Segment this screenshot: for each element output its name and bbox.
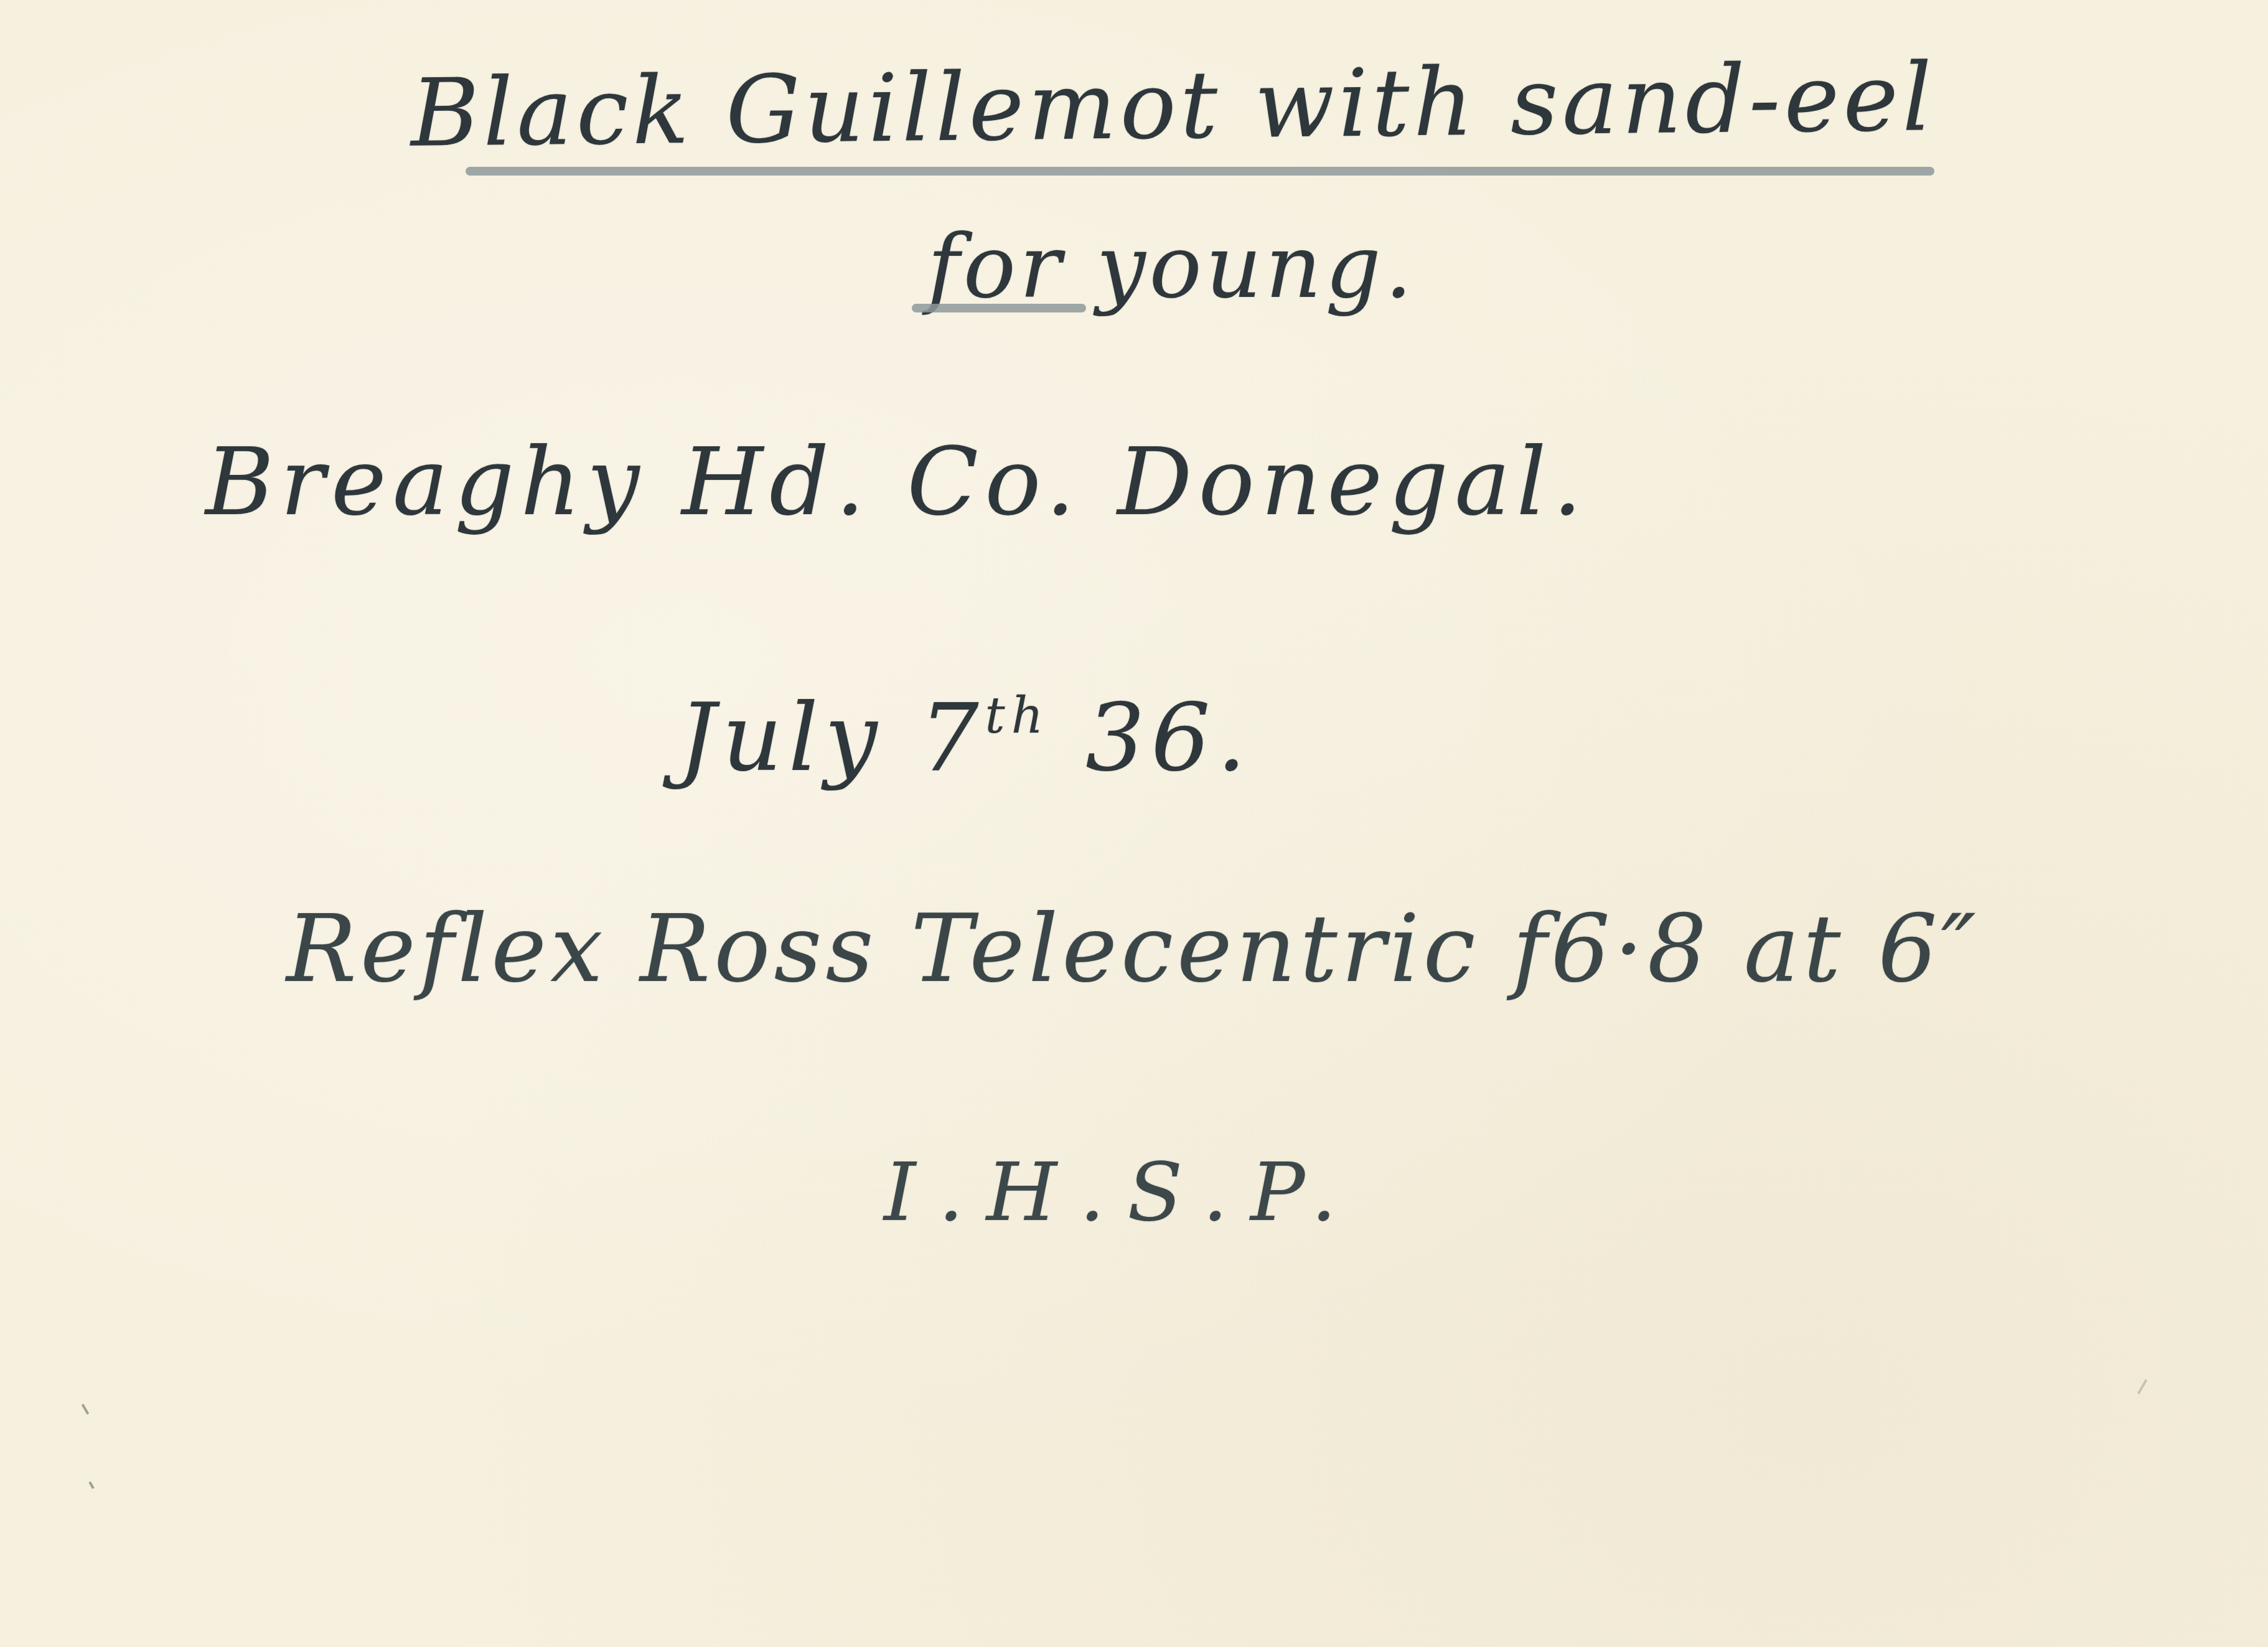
paper-speck <box>2137 1379 2147 1395</box>
note-card: Black Guillemot with sand-eel for young.… <box>0 0 2268 1647</box>
date-year: 36. <box>1049 684 1252 792</box>
subtitle-line: for young. <box>927 224 1416 311</box>
title-underline <box>466 167 1934 176</box>
date-line: July 7th 36. <box>678 691 1252 785</box>
date-day: July 7 <box>678 684 985 792</box>
date-suffix: th <box>985 687 1050 744</box>
title-line: Black Guillemot with sand-eel <box>410 51 1936 161</box>
paper-speck <box>88 1481 94 1489</box>
initials-line: I.H.S.P. <box>884 1152 1359 1232</box>
subtitle-underline <box>912 304 1086 312</box>
camera-settings-line: Reflex Ross Telecentric f6·8 at 6″ <box>286 903 1980 996</box>
paper-speck <box>82 1404 89 1415</box>
location-line: Breaghy Hd. Co. Donegal. <box>205 436 1588 529</box>
